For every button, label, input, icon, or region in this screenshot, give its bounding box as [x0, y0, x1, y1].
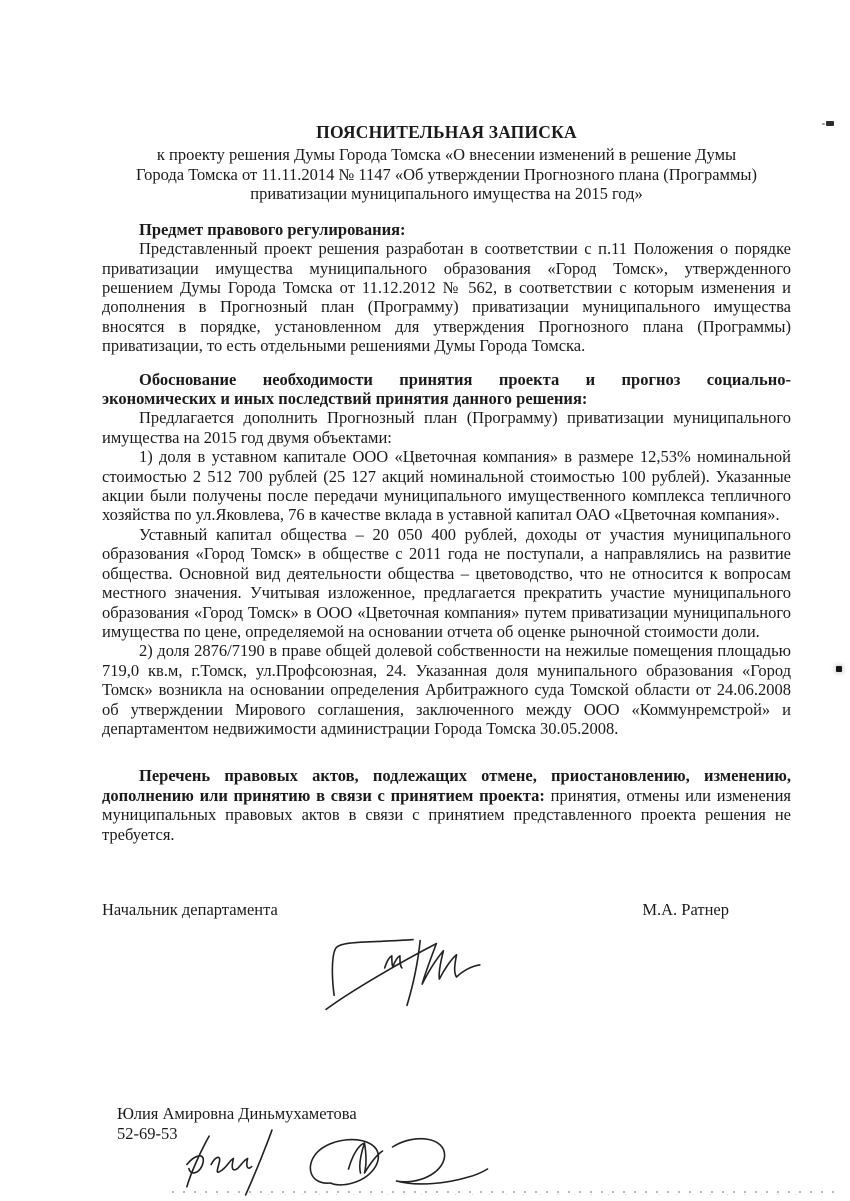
subtitle-line-3: приватизации муниципального имущества на…: [102, 184, 791, 204]
subtitle-line-2: Города Томска от 11.11.2014 № 1147 «Об у…: [102, 165, 791, 185]
scan-artifact-bottom-edge-2: [200, 1194, 800, 1195]
handwritten-signature-footer-1: [178, 1124, 296, 1200]
scan-artifact-bottom-edge: [172, 1191, 840, 1193]
paragraph-justification-3: Уставный капитал общества – 20 050 400 р…: [102, 525, 791, 641]
scanned-document-page: { "document": { "title": "ПОЯСНИТЕЛЬНАЯ …: [0, 0, 850, 1201]
signer-name: М.А. Ратнер: [642, 900, 729, 919]
signature-row: Начальник департамента М.А. Ратнер: [102, 900, 791, 919]
justification-heading-line-1: Обоснование необходимости принятия проек…: [102, 370, 791, 389]
section-heading-subject: Предмет правового регулирования:: [102, 220, 791, 239]
section-heading-justification: Обоснование необходимости принятия проек…: [102, 370, 791, 409]
document-subtitle: к проекту решения Думы Города Томска «О …: [102, 145, 791, 204]
paragraph-justification-2: 1) доля в уставном капитале ООО «Цветочн…: [102, 447, 791, 525]
paragraph-justification-4: 2) доля 2876/7190 в праве общей долевой …: [102, 641, 791, 738]
scan-artifact-speck-top-right: [822, 123, 825, 125]
document-body: ПОЯСНИТЕЛЬНАЯ ЗАПИСКА к проекту решения …: [102, 122, 791, 919]
scan-artifact-dot-top-right: [826, 121, 834, 126]
subtitle-line-1: к проекту решения Думы Города Томска «О …: [102, 145, 791, 165]
contact-name: Юлия Амировна Диньмухаметова: [117, 1104, 357, 1124]
scan-artifact-dot-mid-right: [836, 666, 842, 672]
paragraph-justification-1: Предлагается дополнить Прогнозный план (…: [102, 408, 791, 447]
paragraph-subject: Представленный проект решения разработан…: [102, 239, 791, 355]
justification-heading-line-2: экономических и иных последствий приняти…: [102, 389, 791, 408]
paragraph-acts: Перечень правовых актов, подлежащих отме…: [102, 766, 791, 844]
signer-position-label: Начальник департамента: [102, 900, 278, 919]
handwritten-signature-footer-2: [296, 1133, 492, 1195]
document-title: ПОЯСНИТЕЛЬНАЯ ЗАПИСКА: [102, 122, 791, 143]
handwritten-signature-main: [322, 934, 494, 1014]
